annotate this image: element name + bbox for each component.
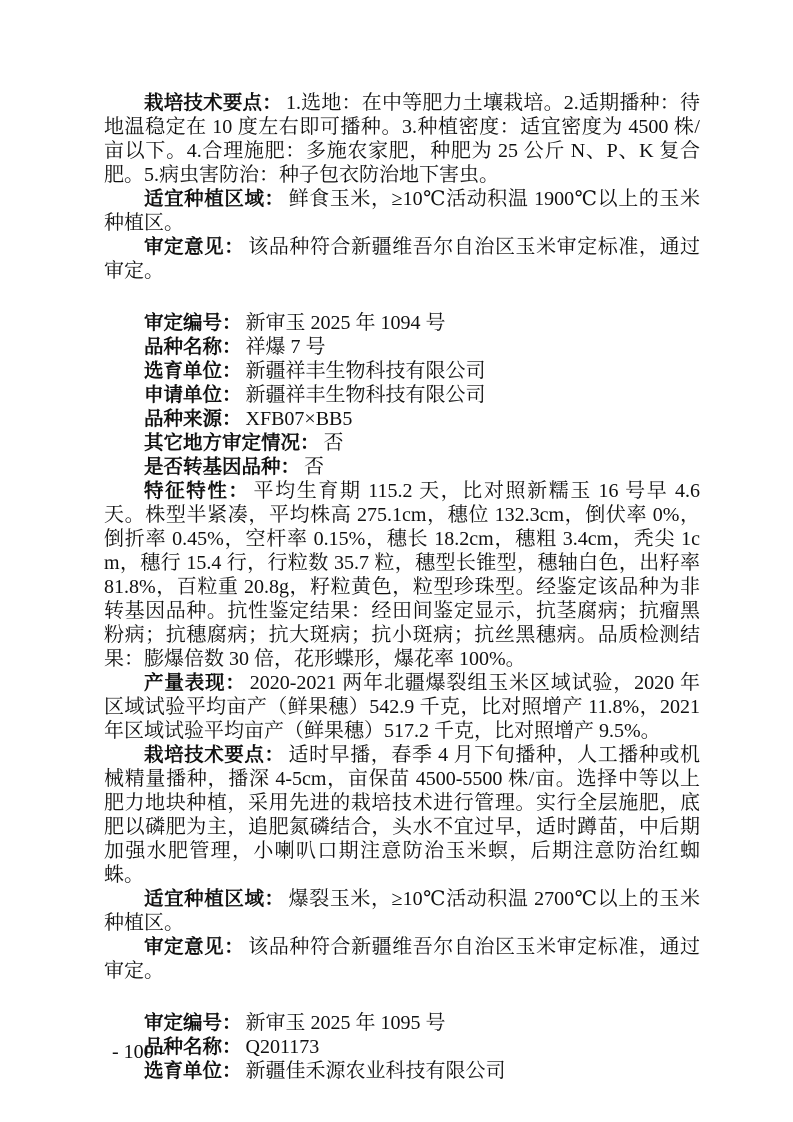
- paragraph: 审定编号：新审玉 2025 年 1094 号: [104, 311, 700, 335]
- field-label: 审定意见：: [144, 235, 244, 258]
- paragraph: 特征特性：平均生育期 115.2 天，比对照新糯玉 16 号早 4.6 天。株型…: [104, 479, 700, 671]
- page-number: - 100 -: [112, 1040, 165, 1064]
- field-label: 品种来源：: [144, 407, 242, 430]
- field-label: 适宜种植区域：: [144, 887, 285, 910]
- field-label: 审定意见：: [144, 935, 244, 958]
- field-value: 新疆祥丰生物科技有限公司: [246, 384, 486, 406]
- section-variety-q201173: 审定编号：新审玉 2025 年 1095 号品种名称：Q201173选育单位：新…: [104, 1011, 700, 1083]
- field-value: XFB07×BB5: [246, 408, 353, 430]
- paragraph: 品种来源：XFB07×BB5: [104, 407, 700, 431]
- field-value: Q201173: [246, 1036, 320, 1058]
- paragraph: 栽培技术要点：1.选地：在中等肥力土壤栽培。2.适期播种：待地温稳定在 10 度…: [104, 91, 700, 187]
- field-label: 审定编号：: [144, 1011, 242, 1034]
- paragraph: 审定编号：新审玉 2025 年 1095 号: [104, 1011, 700, 1035]
- paragraph: 栽培技术要点：适时早播，春季 4 月下旬播种，人工播种或机械精量播种，播深 4-…: [104, 743, 700, 887]
- paragraph: 其它地方审定情况：否: [104, 431, 700, 455]
- paragraph: 审定意见：该品种符合新疆维吾尔自治区玉米审定标准，通过审定。: [104, 235, 700, 283]
- document-page: 栽培技术要点：1.选地：在中等肥力土壤栽培。2.适期播种：待地温稳定在 10 度…: [0, 0, 793, 1122]
- paragraph: 审定意见：该品种符合新疆维吾尔自治区玉米审定标准，通过审定。: [104, 935, 700, 983]
- paragraph: 品种名称：祥爆 7 号: [104, 335, 700, 359]
- field-label: 栽培技术要点：: [144, 91, 282, 114]
- field-value: 新审玉 2025 年 1095 号: [246, 1012, 446, 1034]
- field-label: 产量表现：: [144, 671, 246, 694]
- document-body: 栽培技术要点：1.选地：在中等肥力土壤栽培。2.适期播种：待地温稳定在 10 度…: [104, 91, 700, 1083]
- section-variety-xiangbao-7: 审定编号：新审玉 2025 年 1094 号品种名称：祥爆 7 号选育单位：新疆…: [104, 311, 700, 983]
- paragraph: 产量表现：2020-2021 两年北疆爆裂组玉米区域试验，2020 年区域试验平…: [104, 671, 700, 743]
- field-label: 栽培技术要点：: [144, 743, 285, 766]
- field-label: 审定编号：: [144, 311, 242, 334]
- field-label: 适宜种植区域：: [144, 187, 285, 210]
- paragraph: 品种名称：Q201173: [104, 1035, 700, 1059]
- field-label: 申请单位：: [144, 383, 242, 406]
- paragraph: 是否转基因品种：否: [104, 455, 700, 479]
- field-value: 祥爆 7 号: [246, 336, 326, 358]
- field-label: 特征特性：: [144, 479, 250, 502]
- field-label: 其它地方审定情况：: [144, 431, 320, 454]
- field-label: 品种名称：: [144, 335, 242, 358]
- field-value: 平均生育期 115.2 天，比对照新糯玉 16 号早 4.6 天。株型半紧凑，平…: [104, 480, 700, 670]
- field-value: 新疆祥丰生物科技有限公司: [246, 360, 486, 382]
- paragraph: 适宜种植区域：爆裂玉米，≥10℃活动积温 2700℃以上的玉米种植区。: [104, 887, 700, 935]
- field-value: 新疆佳禾源农业科技有限公司: [246, 1060, 506, 1082]
- paragraph: 申请单位：新疆祥丰生物科技有限公司: [104, 383, 700, 407]
- section-previous-variety-tail: 栽培技术要点：1.选地：在中等肥力土壤栽培。2.适期播种：待地温稳定在 10 度…: [104, 91, 700, 283]
- field-label: 是否转基因品种：: [144, 455, 300, 478]
- paragraph: 选育单位：新疆佳禾源农业科技有限公司: [104, 1059, 700, 1083]
- field-value: 新审玉 2025 年 1094 号: [246, 312, 446, 334]
- field-value: 否: [324, 432, 344, 454]
- paragraph: 选育单位：新疆祥丰生物科技有限公司: [104, 359, 700, 383]
- field-label: 选育单位：: [144, 359, 242, 382]
- paragraph: 适宜种植区域：鲜食玉米，≥10℃活动积温 1900℃以上的玉米种植区。: [104, 187, 700, 235]
- field-value: 否: [304, 456, 324, 478]
